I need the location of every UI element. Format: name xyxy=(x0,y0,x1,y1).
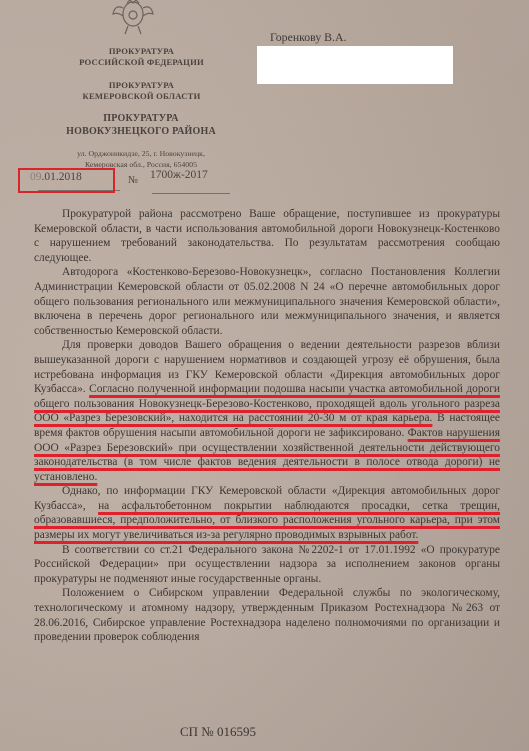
letterhead-prosecutor-kemerovo: ПРОКУРАТУРА КЕМЕРОВСКОЙ ОБЛАСТИ xyxy=(64,80,219,102)
letterhead-line: НОВОКУЗНЕЦКОГО РАЙОНА xyxy=(56,126,226,139)
paragraph-rostekhnadzor: Положением о Сибирском управлении Федера… xyxy=(34,586,500,644)
number-sign: № xyxy=(128,175,138,186)
letterhead-line: ПРОКУРАТУРА xyxy=(64,80,219,91)
letterhead-prosecutor-rf: ПРОКУРАТУРА РОССИЙСКОЙ ФЕДЕРАЦИИ xyxy=(64,46,219,68)
letterhead-line: КЕМЕРОВСКОЙ ОБЛАСТИ xyxy=(64,91,219,102)
redacted-address-block xyxy=(257,46,453,84)
letterhead-line: ПРОКУРАТУРА xyxy=(64,46,219,57)
paragraph-inspection: Для проверки доводов Вашего обращения о … xyxy=(34,338,500,484)
paragraph-road-damage: Однако, по информации ГКУ Кемеровской об… xyxy=(34,484,500,542)
paragraph-intro: Прокуратурой района рассмотрено Ваше обр… xyxy=(34,207,500,265)
letterhead-prosecutor-novokuznetsk: ПРОКУРАТУРА НОВОКУЗНЕЦКОГО РАЙОНА xyxy=(56,113,226,138)
highlighted-damage-statement: на асфальтобетонном покрытии наблюдаются… xyxy=(34,500,500,541)
address-line: ул. Орджоникидзе, 25, г. Новокузнецк, xyxy=(50,148,232,159)
paragraph-law-reference: В соответствии со ст.21 Федерального зак… xyxy=(34,543,500,587)
letterhead-line: РОССИЙСКОЙ ФЕДЕРАЦИИ xyxy=(64,57,219,68)
letterhead-line: ПРОКУРАТУРА xyxy=(56,113,226,126)
letter-number: 1700ж-2017 xyxy=(150,169,208,181)
form-serial-number: СП № 016595 xyxy=(180,724,256,740)
date-highlight-box xyxy=(18,168,115,193)
letter-body: Прокуратурой района рассмотрено Ваше обр… xyxy=(34,207,500,645)
number-underline xyxy=(152,193,230,194)
coat-of-arms-icon xyxy=(110,0,156,36)
letterhead-address: ул. Орджоникидзе, 25, г. Новокузнецк, Ке… xyxy=(50,148,232,170)
paragraph-road-status: Автодорога «Костенково-Березово-Новокузн… xyxy=(34,265,500,338)
highlighted-distance-statement: Согласно полученной информации подошва н… xyxy=(34,383,500,424)
recipient-name: Горенкову В.А. xyxy=(270,30,346,45)
